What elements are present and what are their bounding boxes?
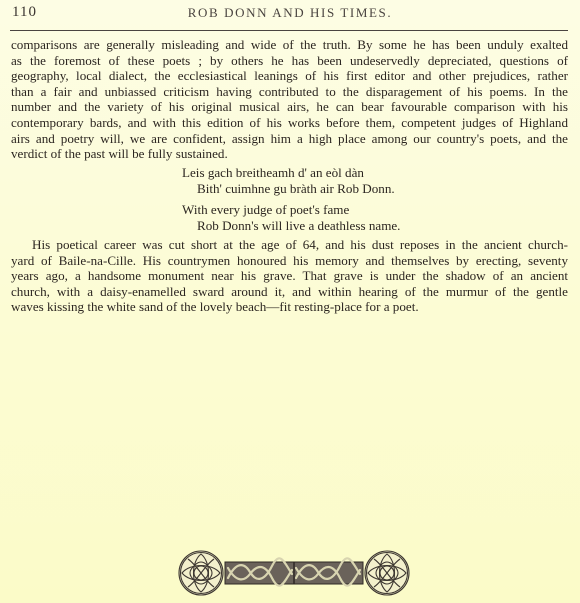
verse-line: Bith' cuimhne gu bràth air Rob Donn. <box>182 181 395 197</box>
paragraph-2: His poetical career was cut short at the… <box>11 237 568 315</box>
running-title: ROB DONN AND HIS TIMES. <box>12 5 568 21</box>
text-line: number and the variety of his original m… <box>11 99 568 115</box>
text-line: waves kissing the white sand of the love… <box>11 299 568 315</box>
running-head: 110 ROB DONN AND HIS TIMES. <box>12 4 568 24</box>
text-line: years ago, a handsome monument near his … <box>11 268 568 284</box>
text-line: verdict of the past will be fully sustai… <box>11 146 568 162</box>
verse-line: With every judge of poet's fame <box>182 202 400 218</box>
text-line: church, with a daisy-enamelled sward aro… <box>11 284 568 300</box>
verse-line: Rob Donn's will live a deathless name. <box>182 218 400 234</box>
english-verse: With every judge of poet's fame Rob Donn… <box>182 202 400 233</box>
text-line: comparisons are generally misleading and… <box>11 37 568 53</box>
header-rule <box>10 30 568 31</box>
text-line: geography, local dialect, the ecclesiast… <box>11 68 568 84</box>
text-line: airs and poetry will, we are confident, … <box>11 131 568 147</box>
text-line: His poetical career was cut short at the… <box>11 237 568 253</box>
text-line: yard of Baile-na-Cille. His countrymen h… <box>11 253 568 269</box>
celtic-knot-tailpiece-icon <box>178 548 410 598</box>
text-line: than a fair and unbiassed criticism havi… <box>11 84 568 100</box>
book-page: 110 ROB DONN AND HIS TIMES. comparisons … <box>0 0 580 603</box>
text-line: contemporary bards, and with this editio… <box>11 115 568 131</box>
gaelic-verse: Leis gach breitheamh d' an eòl dàn Bith'… <box>182 165 395 196</box>
paragraph-1: comparisons are generally misleading and… <box>11 37 568 162</box>
verse-line: Leis gach breitheamh d' an eòl dàn <box>182 165 395 181</box>
text-line: as the foremost of these poets ; by othe… <box>11 53 568 69</box>
